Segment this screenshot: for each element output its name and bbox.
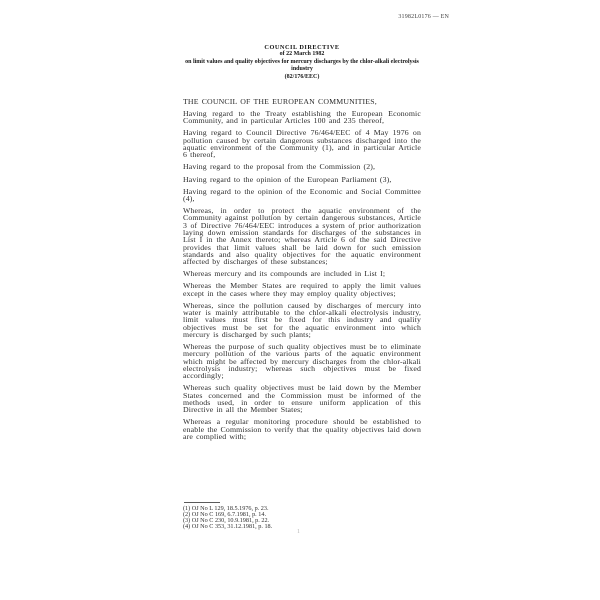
footnote: (4) OJ No C 353, 31.12.1981, p. 18. <box>183 524 421 530</box>
page-number: 1 <box>297 529 300 535</box>
document-id-header: 31982L0176 — EN <box>0 14 449 20</box>
body-paragraph: Whereas mercury and its compounds are in… <box>183 270 421 277</box>
body-paragraph: Having regard to the opinion of the Econ… <box>183 188 421 203</box>
preamble-text: THE COUNCIL OF THE EUROPEAN COMMUNITIES,… <box>183 98 421 445</box>
body-paragraph: Whereas the Member States are required t… <box>183 282 421 297</box>
title-block: COUNCIL DIRECTIVE of 22 March 1982 on li… <box>183 44 421 81</box>
directive-number: (82/176/EEC) <box>183 74 421 81</box>
document-page: 31982L0176 — EN COUNCIL DIRECTIVE of 22 … <box>0 0 600 600</box>
body-paragraph: THE COUNCIL OF THE EUROPEAN COMMUNITIES, <box>183 98 421 105</box>
body-paragraph: Having regard to Council Directive 76/46… <box>183 129 421 158</box>
title-heading: COUNCIL DIRECTIVE <box>183 44 421 51</box>
body-paragraph: Whereas the purpose of such quality obje… <box>183 343 421 379</box>
title-subtitle: on limit values and quality objectives f… <box>183 59 421 74</box>
body-paragraph: Whereas such quality objectives must be … <box>183 384 421 413</box>
footnote-list: (1) OJ No L 129, 18.5.1976, p. 23.(2) OJ… <box>183 506 421 530</box>
body-paragraph: Having regard to the opinion of the Euro… <box>183 176 421 183</box>
body-paragraph: Having regard to the proposal from the C… <box>183 163 421 170</box>
body-paragraph: Whereas, in order to protect the aquatic… <box>183 207 421 265</box>
body-paragraph: Having regard to the Treaty establishing… <box>183 110 421 125</box>
body-paragraph: Whereas, since the pollution caused by d… <box>183 302 421 338</box>
title-date-line: of 22 March 1982 <box>183 51 421 58</box>
footnote-block: (1) OJ No L 129, 18.5.1976, p. 23.(2) OJ… <box>183 502 421 530</box>
footnote-rule <box>184 502 220 503</box>
body-paragraph: Whereas a regular monitoring procedure s… <box>183 418 421 440</box>
